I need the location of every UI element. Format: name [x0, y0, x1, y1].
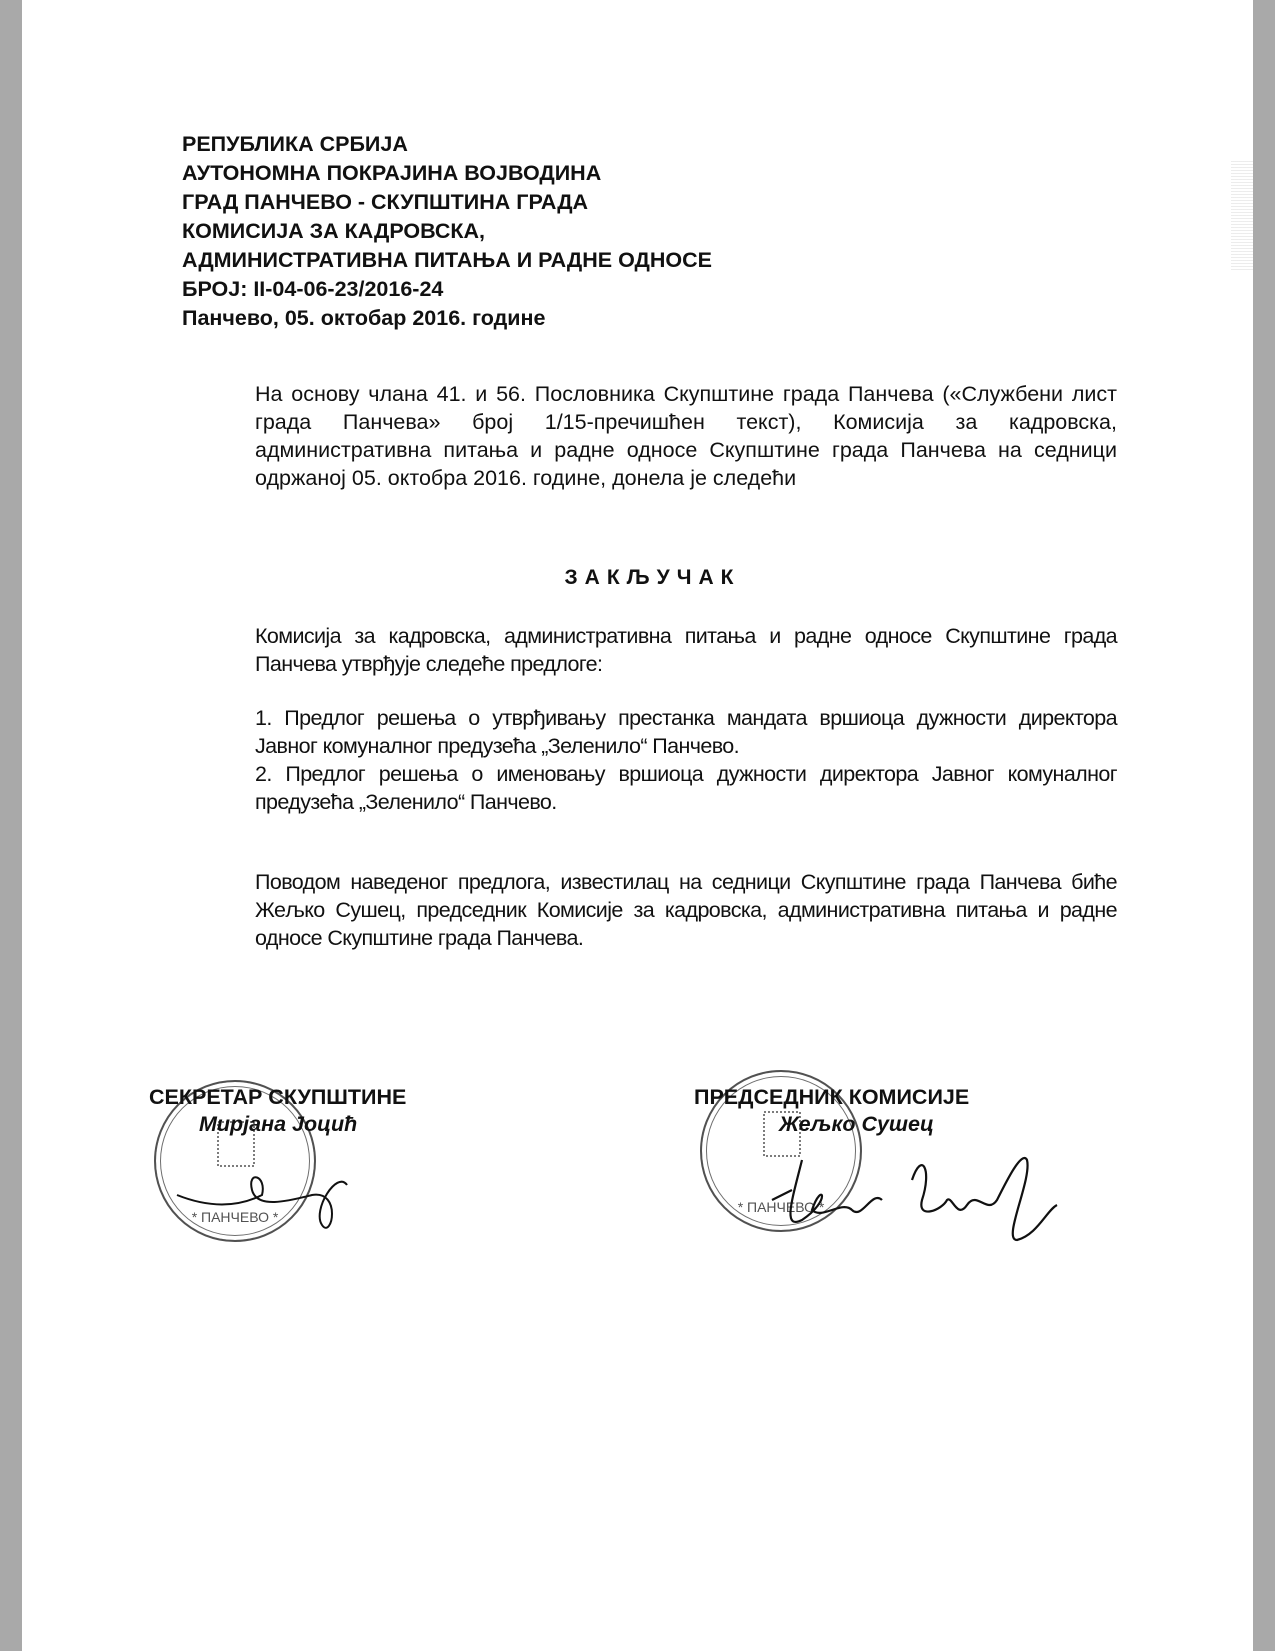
president-name: Жељко Сушец [694, 1111, 969, 1138]
secretary-name: Мирјана Јоцић [149, 1111, 406, 1138]
header-reference-number: БРОЈ: II-04-06-23/2016-24 [182, 275, 712, 304]
list-item: 2. Предлог решења о именовању вршиоца ду… [182, 760, 1117, 816]
secretary-role: СЕКРЕТАР СКУПШТИНЕ [149, 1084, 406, 1111]
signature-block-president: ПРЕДСЕДНИК КОМИСИЈЕ Жељко Сушец [694, 1084, 969, 1138]
document-title: ЗАКЉУЧАК [22, 566, 1253, 590]
president-role: ПРЕДСЕДНИК КОМИСИЈЕ [694, 1084, 969, 1111]
header-commission: КОМИСИЈА ЗА КАДРОВСКА, [182, 217, 712, 246]
signature-block-secretary: СЕКРЕТАР СКУПШТИНЕ Мирјана Јоцић [149, 1084, 406, 1138]
preamble-paragraph: На основу члана 41. и 56. Пословника Ску… [182, 380, 1117, 492]
proposal-list: 1. Предлог решења о утврђивању престанка… [182, 704, 1117, 816]
signature-left [172, 1150, 362, 1240]
list-item: 1. Предлог решења о утврђивању престанка… [182, 704, 1117, 760]
document-header: РЕПУБЛИКА СРБИЈА АУТОНОМНА ПОКРАЈИНА ВОЈ… [182, 130, 712, 333]
header-place-date: Панчево, 05. oктобар 2016. године [182, 304, 712, 333]
preamble-text: На основу члана 41. и 56. Пословника Ску… [182, 380, 1117, 492]
document-page: РЕПУБЛИКА СРБИЈА АУТОНОМНА ПОКРАЈИНА ВОЈ… [22, 0, 1253, 1651]
header-province: АУТОНОМНА ПОКРАЈИНА ВОЈВОДИНА [182, 159, 712, 188]
closing-text: Поводом наведеног предлога, известилац н… [182, 868, 1117, 952]
intro-text: Комисија за кадровска, административна п… [182, 622, 1117, 678]
header-country: РЕПУБЛИКА СРБИЈА [182, 130, 712, 159]
header-commission-cont: АДМИНИСТРАТИВНА ПИТАЊА И РАДНЕ ОДНОСЕ [182, 246, 712, 275]
closing-paragraph: Поводом наведеног предлога, известилац н… [182, 868, 1117, 952]
header-city-assembly: ГРАД ПАНЧЕВО - СКУПШТИНА ГРАДА [182, 188, 712, 217]
intro-paragraph: Комисија за кадровска, административна п… [182, 622, 1117, 678]
signature-right [762, 1140, 1062, 1250]
scan-artifact [1231, 160, 1253, 270]
